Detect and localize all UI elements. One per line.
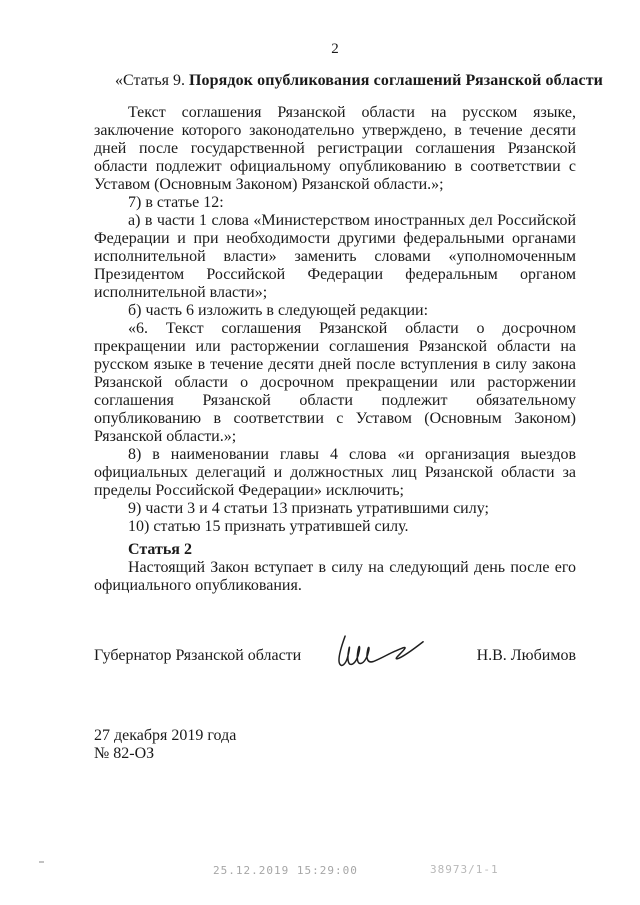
document-page: 2 «Статья 9. Порядок опубликования согла… xyxy=(0,0,640,905)
page-content: 2 «Статья 9. Порядок опубликования согла… xyxy=(94,0,576,763)
article9-heading-prefix: «Статья 9. xyxy=(115,72,189,89)
body-paragraph-item8: 8) в наименовании главы 4 слова «и орган… xyxy=(94,446,576,500)
body-paragraph-item9: 9) части 3 и 4 статьи 13 признать утрати… xyxy=(94,500,576,518)
footer-registration-code: 38973/1-1 xyxy=(430,861,499,879)
article9-heading: «Статья 9. Порядок опубликования соглаше… xyxy=(94,72,576,90)
page-number: 2 xyxy=(94,40,576,58)
footer-stamp: 25.12.2019 15:29:00 38973/1-1 xyxy=(0,861,640,877)
article2-heading: Статья 2 xyxy=(94,541,576,559)
signer-name: Н.В. Любимов xyxy=(477,647,576,665)
body-paragraph-item7b: б) часть 6 изложить в следующей редакции… xyxy=(94,302,576,320)
body-paragraph-part6: «6. Текст соглашения Рязанской области о… xyxy=(94,320,576,446)
document-number: № 82-ОЗ xyxy=(94,745,576,763)
body-paragraph-item10: 10) статью 15 признать утратившей силу. xyxy=(94,518,576,536)
signature-icon xyxy=(331,633,425,680)
body-paragraph-item7: 7) в статье 12: xyxy=(94,194,576,212)
date-block: 27 декабря 2019 года № 82-ОЗ xyxy=(94,727,576,763)
article9-heading-title: Порядок опубликования соглашений Рязанск… xyxy=(189,72,603,89)
body-paragraph-item7a: а) в части 1 слова «Министерством иностр… xyxy=(94,212,576,302)
article2-paragraph: Настоящий Закон вступает в силу на следу… xyxy=(94,559,576,595)
signature-row: Губернатор Рязанской области Н.В. Любимо… xyxy=(94,647,576,689)
adoption-date: 27 декабря 2019 года xyxy=(94,727,576,745)
signer-title: Губернатор Рязанской области xyxy=(94,647,301,665)
body-paragraph: Текст соглашения Рязанской области на ру… xyxy=(94,104,576,194)
footer-timestamp: 25.12.2019 15:29:00 xyxy=(213,862,358,880)
